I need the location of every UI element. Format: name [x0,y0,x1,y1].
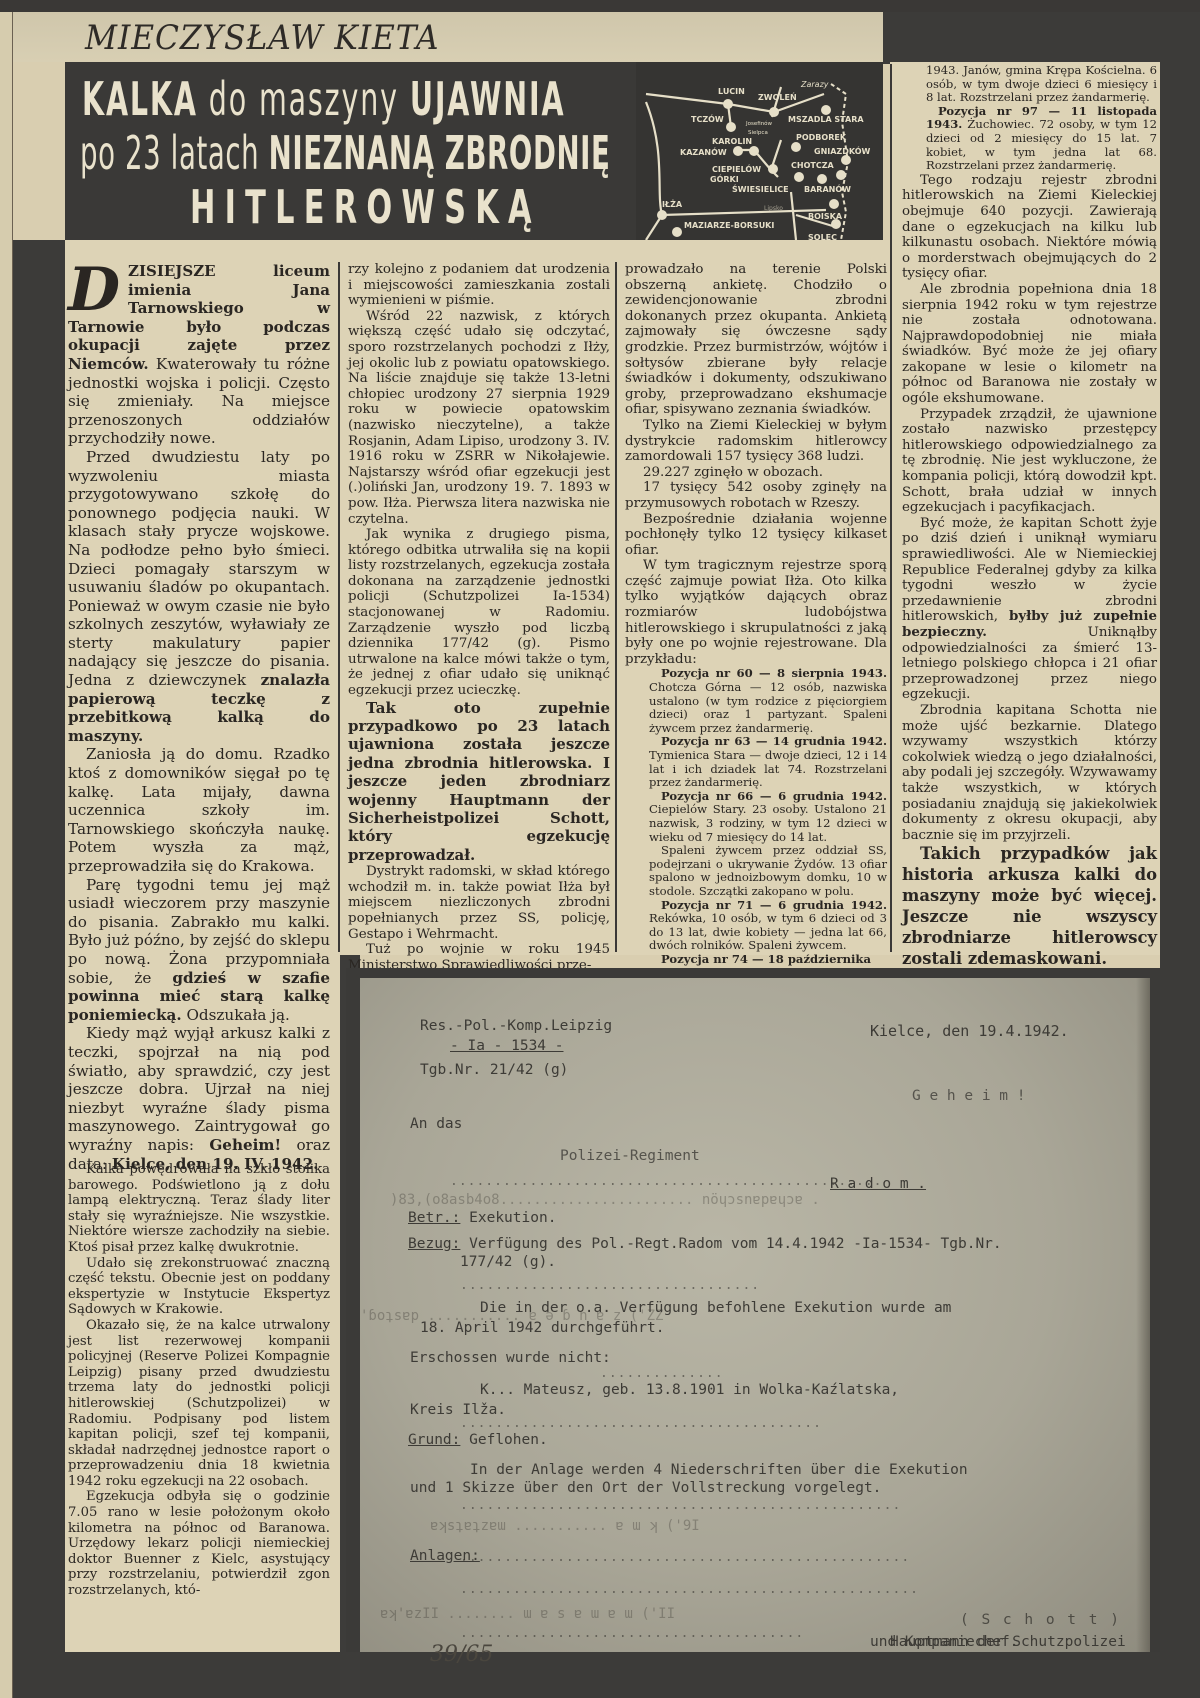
article-column-4: 1943. Janów, gmina Krępa Kościelna. 6 os… [902,64,1157,1011]
decorative-dark-margin [1160,60,1200,1698]
photo-shadow-edge [1136,978,1150,1652]
decorative-dark-gutter [13,240,65,1698]
svg-text:ŚWIESIELICE: ŚWIESIELICE [732,183,789,194]
paragraph: rzy kolejno z podaniem dat urodzenia i m… [348,262,610,309]
headline-word: KALKA [82,72,198,126]
svg-text:TCZÓW: TCZÓW [691,113,724,124]
headline-line-3: HITLEROWSKĄ [190,180,541,234]
decorative-dark-footer [13,1652,1200,1698]
svg-text:KAZANÓW: KAZANÓW [680,146,727,157]
svg-text:CIEPIELÓW: CIEPIELÓW [712,163,761,174]
headline-word: UJAWNIA [410,72,566,126]
entry-date: — 6 grudnia 1942. [753,789,887,803]
paragraph: Kalka powędrowała na szkło stolika barow… [68,1162,330,1256]
archive-mark: 39/65 [430,1642,493,1667]
doc-dot-line: ........................................… [460,1498,901,1513]
headline-word: NIEZNANĄ ZBRODNIĘ [269,126,611,180]
entry-number: Pozycja nr 66 [661,789,753,803]
svg-text:KAROLIN: KAROLIN [712,137,752,146]
doc-ghost-text: )83,(o8asb4o8....................... nöɥ… [390,1192,820,1208]
paragraph: Kiedy mąż wyjął arkusz kalki z teczki, s… [68,1024,330,1173]
register-entry: Pozycja nr 74 — 18 października [649,953,887,967]
doc-reason: Geflohen. [469,1432,548,1448]
entry-number: Pozycja nr 74 [661,952,748,966]
svg-text:MAZIARZE-BORSUKI: MAZIARZE-BORSUKI [684,221,774,230]
doc-place-date: Kielce, den 19.4.1942. [870,1022,1069,1040]
doc-journal-number: Tgb.Nr. 21/42 (g) [420,1062,568,1078]
entry-text: Spaleni żywcem przez oddział SS, podejrz… [649,843,887,898]
paragraph: Parę tygodni temu jej mąż usiadł wieczor… [68,876,330,1025]
doc-signature: ( S c h o t t ) [960,1612,1121,1628]
register-entry: Pozycja nr 63 — 14 grudnia 1942. Tymieni… [649,735,887,789]
entry-text: Tymienica Stara — dwoje dzieci, 12 i 14 … [649,748,887,789]
svg-text:GNIAZDKÓW: GNIAZDKÓW [814,145,871,156]
doc-addressee-prefix: An das [410,1116,462,1132]
doc-dot-line: .............. [600,1366,724,1381]
headline-word: do maszyny [198,72,410,126]
paragraph: Okazało się, że na kalce utrwalony jest … [68,1318,330,1490]
paragraph: Zbrodnia kapitana Schotta nie może ujść … [902,703,1157,843]
entry-date: — 8 sierpnia 1943. [753,666,887,680]
doc-ghost-text: ɐʞsʇɐʇzɐɯ ........... ɐ ɯ ʞ ('9I [430,1518,700,1534]
svg-text:LUCIN: LUCIN [718,87,745,96]
register-entry: Pozycja nr 97 — 11 listopada 1943. Żucho… [926,105,1157,173]
doc-subject: Exekution. [469,1210,556,1226]
doc-dot-line: .................................. [460,1278,760,1293]
article-column-2: rzy kolejno z podaniem dat urodzenia i m… [348,262,610,973]
entry-number: Pozycja nr 97 [938,104,1038,118]
doc-sender: Res.-Pol.-Komp.Leipzig [420,1018,612,1034]
paragraph: Dystrykt radomski, w skład którego wchod… [348,864,610,942]
paragraph: Bezpośrednie działania wojenne pochłonęł… [625,512,887,559]
entry-date: — 14 grudnia 1942. [751,734,887,748]
svg-text:CHOTCZA: CHOTCZA [791,161,834,170]
closing-statement: Takich przypadków jak historia arkusza k… [902,843,1157,969]
doc-dot-line: ........................................… [460,1550,910,1565]
carbon-copy-photocopy: Res.-Pol.-Komp.Leipzig - Ia - 1534 - Tgb… [360,978,1150,1652]
svg-text:ZWOLEŃ: ZWOLEŃ [758,91,797,102]
doc-reference: Verfügung des Pol.-Regt.Radom vom 14.4.1… [469,1236,1002,1252]
doc-reference-label: Bezug: [408,1236,460,1252]
paragraph: Tego rodzaju rejestr zbrodni hitlerowski… [902,173,1157,282]
svg-text:Josefinów: Josefinów [745,120,773,127]
article-column-1-continued: Kalka powędrowała na szkło stolika barow… [68,1162,330,1599]
entry-number: Pozycja nr 63 [661,734,751,748]
paragraph: Jak wynika z drugiego pisma, którego odb… [348,527,610,699]
paragraph: prowadzało na terenie Polski obszerną an… [625,262,887,418]
decorative-dark-block [883,12,1200,64]
region-map: Zarazy LUCIN ZWOLEŃ TCZÓW MSZADLA STARA … [636,62,883,240]
doc-classification: G e h e i m ! [912,1088,1026,1104]
register-entry: Pozycja nr 60 — 8 sierpnia 1943. Chotcza… [649,667,887,735]
doc-body-line: In der Anlage werden 4 Niederschriften ü… [470,1462,968,1478]
register-entry: Spaleni żywcem przez oddział SS, podejrz… [649,844,887,898]
svg-text:PODBOREK: PODBOREK [796,133,847,142]
register-entry: 1943. Janów, gmina Krępa Kościelna. 6 os… [926,64,1157,105]
paragraph: Być może, że kapitan Schott żyje po dziś… [902,516,1157,703]
register-entry: Pozycja nr 66 — 6 grudnia 1942. Ciepieló… [649,790,887,844]
doc-body-line: und 1 Skizze über den Ort der Vollstreck… [410,1480,881,1496]
column-rule [890,64,892,952]
paragraph: Przypadek zrządził, że ujawnione zostało… [902,407,1157,516]
entry-text: Chotcza Górna — 12 osób, nazwiska ustalo… [649,680,887,735]
paragraph-text: Kiedy mąż wyjął arkusz kalki z teczki, s… [68,1024,330,1154]
paragraph: Zaniosła ją do domu. Rzadko ktoś z domow… [68,745,330,875]
svg-text:MSZADLA STARA: MSZADLA STARA [788,115,864,124]
svg-text:IŁŻA: IŁŻA [662,199,683,209]
paragraph: Wśród 22 nazwisk, z których większą częś… [348,309,610,527]
doc-reference-cont: 177/42 (g). [460,1254,556,1270]
article-column-1: DZISIEJSZE liceum imienia Jana Tarnowski… [68,262,330,1173]
doc-addressee: Polizei-Regiment [560,1148,700,1164]
svg-text:BOISKA: BOISKA [808,212,843,221]
drop-cap: D [68,266,120,314]
doc-reason-label: Grund: [408,1432,460,1448]
paragraph: Przed dwudziestu laty po wyzwoleniu mias… [68,448,330,746]
entry-date: — 6 grudnia 1942. [753,898,887,912]
entry-number: Pozycja nr 71 [661,898,753,912]
doc-dot-line: ....................................... [460,1626,804,1641]
page-top-border [0,0,1200,12]
column-rule [338,262,340,952]
paragraph: Udało się zrekonstruować znaczną część t… [68,1256,330,1318]
doc-dot-line: ........................................… [450,1174,883,1189]
headline-line-2: po 23 latach NIEZNANĄ ZBRODNIĘ [80,126,610,180]
doc-body-line: Erschossen wurde nicht: [410,1350,611,1366]
doc-ghost-text: ɐʞ'ɐzII ........ ɯ ɐ s ɐ ɯ ɐ ɯ ('II [380,1606,675,1622]
page-left-edge [0,12,13,1698]
svg-text:GÓRKI: GÓRKI [710,173,739,184]
paragraph: Tylko na Ziemi Kieleckiej w byłym dystry… [625,418,887,465]
svg-text:BARANÓW: BARANÓW [804,183,851,194]
svg-text:Zarazy: Zarazy [800,80,829,89]
entry-text: Ciepielów Stary. 23 osoby. Ustalono 21 n… [649,802,887,843]
svg-text:Sielpca: Sielpca [748,130,768,136]
paragraph-text: Odszukała ją. [182,1006,290,1024]
paragraph: 17 tysięcy 542 osoby zginęły na przymuso… [625,480,887,511]
register-entries: 1943. Janów, gmina Krępa Kościelna. 6 os… [926,64,1157,173]
register-entry: Pozycja nr 71 — 6 grudnia 1942. Rekówka,… [649,899,887,953]
svg-text:SOLEC: SOLEC [808,233,837,240]
paragraph-text: Przed dwudziestu laty po wyzwoleniu mias… [68,448,330,689]
article-column-3: prowadzało na terenie Polski obszerną an… [625,262,887,967]
author-byline: MIECZYSŁAW KIETA [85,18,439,58]
column-rule [615,262,617,952]
doc-subject-label: Betr.: [408,1210,460,1226]
headline-word: po 23 latach [80,126,269,180]
paragraph: 29.227 zginęło w obozach. [625,465,887,481]
doc-body-line: K... Mateusz, geb. 13.8.1901 in Wolka-Ka… [480,1382,899,1398]
doc-dot-line: ........................................… [460,1416,822,1431]
paragraph: Egzekucja odbyła się o godzinie 7.05 ran… [68,1489,330,1598]
headline-line-1: KALKA do maszyny UJAWNIA [82,72,565,126]
entry-text: Rekówka, 10 osób, w tym 6 dzieci od 3 do… [649,911,887,952]
svg-text:Lipsko: Lipsko [764,205,783,212]
entry-date: — 18 października [748,952,871,966]
doc-city: R a d o m . [830,1176,926,1192]
entry-number: Pozycja nr 60 [661,666,753,680]
doc-dot-line: ........................................… [460,1582,919,1597]
doc-signatory-rank-2: und Kompaniechef. [870,1634,1018,1650]
paragraph: Ale zbrodnia popełniona dnia 18 sierpnia… [902,282,1157,407]
doc-ghost-text: 'ɓoʇsɐp ........... ɐ ǝ ɓ n ɐ z ('ZZ [360,1308,663,1324]
emphasis-text: Geheim! [209,1136,281,1154]
doc-sender-unit: - Ia - 1534 - [420,1038,614,1054]
register-entries: Pozycja nr 60 — 8 sierpnia 1943. Chotcza… [649,667,887,966]
paragraph: W tym tragicznym rejestrze sporą część z… [625,558,887,667]
emphasis-paragraph: Tak oto zupełnie przypadkowo po 23 latac… [348,699,610,865]
